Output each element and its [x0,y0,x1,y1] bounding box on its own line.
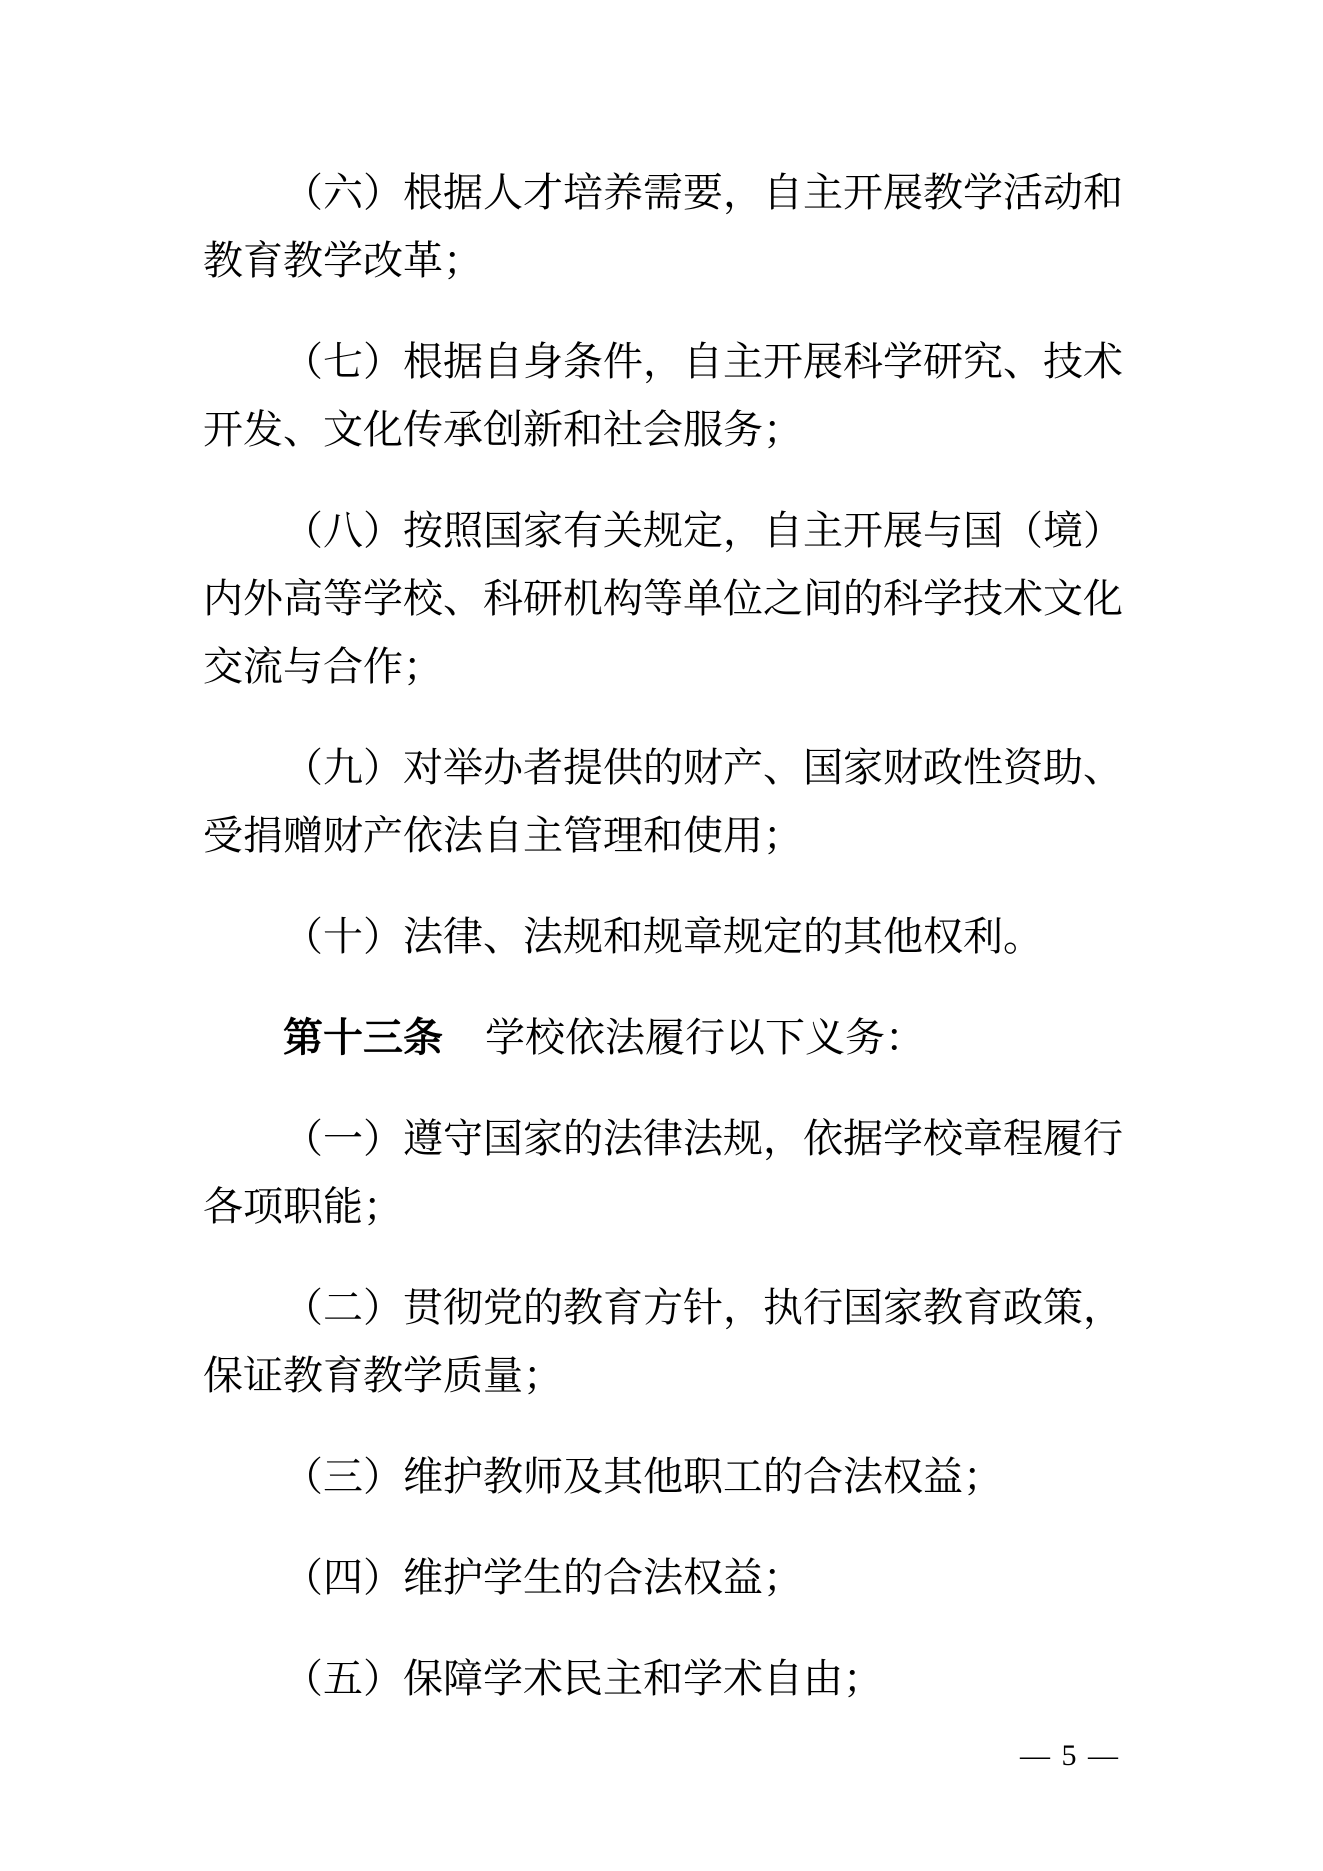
text-line: （九）对举办者提供的财产、国家财政性资助、 [203,734,1123,802]
text-line: （一）遵守国家的法律法规，依据学校章程履行 [203,1105,1123,1173]
paragraph-item-10: （十）法律、法规和规章规定的其他权利。 [203,903,1123,971]
text-line: 交流与合作； [203,633,1123,701]
paragraph-item-7: （七）根据自身条件，自主开展科学研究、技术 开发、文化传承创新和社会服务； [203,328,1123,464]
text-line: 第十三条学校依法履行以下义务： [203,1004,1123,1072]
paragraph-item-4: （四）维护学生的合法权益； [203,1544,1123,1612]
text-line: 各项职能； [203,1173,1123,1241]
paragraph-article-13: 第十三条学校依法履行以下义务： [203,1004,1123,1072]
article-heading-text: 学校依法履行以下义务： [485,1015,925,1060]
paragraph-item-6: （六）根据人才培养需要，自主开展教学活动和 教育教学改革； [203,159,1123,295]
document-body: （六）根据人才培养需要，自主开展教学活动和 教育教学改革； （七）根据自身条件，… [203,159,1123,1746]
paragraph-item-3: （三）维护教师及其他职工的合法权益； [203,1443,1123,1511]
text-line: （六）根据人才培养需要，自主开展教学活动和 [203,159,1123,227]
text-line: （二）贯彻党的教育方针，执行国家教育政策， [203,1274,1123,1342]
text-line: （三）维护教师及其他职工的合法权益； [203,1443,1123,1511]
text-line: 教育教学改革； [203,227,1123,295]
text-line: （八）按照国家有关规定，自主开展与国（境） [203,497,1123,565]
paragraph-item-5: （五）保障学术民主和学术自由； [203,1645,1123,1713]
paragraph-item-1: （一）遵守国家的法律法规，依据学校章程履行 各项职能； [203,1105,1123,1241]
article-number: 第十三条 [283,1016,443,1060]
text-line: （五）保障学术民主和学术自由； [203,1645,1123,1713]
page-number: — 5 — [1020,1735,1120,1777]
text-line: （七）根据自身条件，自主开展科学研究、技术 [203,328,1123,396]
document-page: （六）根据人才培养需要，自主开展教学活动和 教育教学改革； （七）根据自身条件，… [0,0,1323,1871]
text-line: （四）维护学生的合法权益； [203,1544,1123,1612]
paragraph-item-8: （八）按照国家有关规定，自主开展与国（境） 内外高等学校、科研机构等单位之间的科… [203,497,1123,701]
text-line: （十）法律、法规和规章规定的其他权利。 [203,903,1123,971]
text-line: 开发、文化传承创新和社会服务； [203,396,1123,464]
paragraph-item-2: （二）贯彻党的教育方针，执行国家教育政策， 保证教育教学质量； [203,1274,1123,1410]
text-line: 受捐赠财产依法自主管理和使用； [203,802,1123,870]
text-line: 内外高等学校、科研机构等单位之间的科学技术文化 [203,565,1123,633]
text-line: 保证教育教学质量； [203,1342,1123,1410]
paragraph-item-9: （九）对举办者提供的财产、国家财政性资助、 受捐赠财产依法自主管理和使用； [203,734,1123,870]
